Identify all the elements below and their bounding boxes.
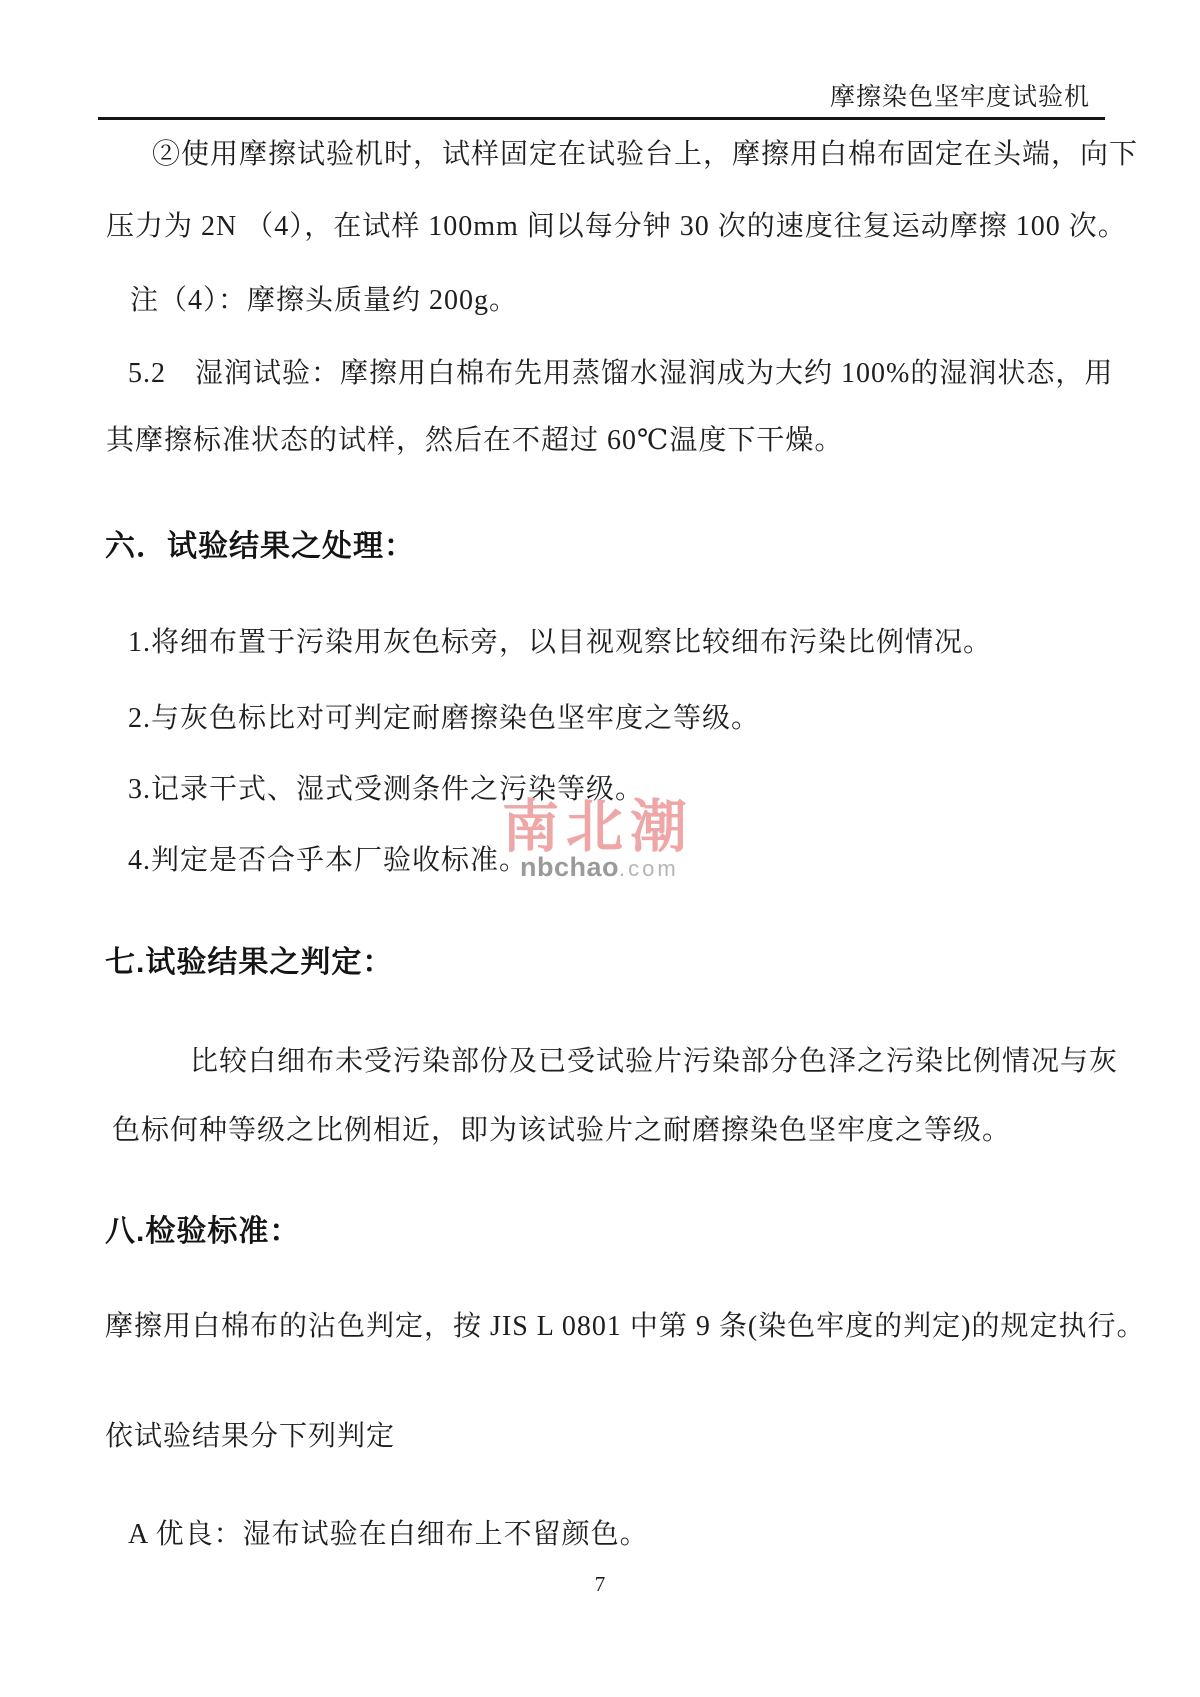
paragraph8-line1: 摩擦用白棉布的沾色判定，按 JIS L 0801 中第 9 条(染色牢度的判定)…	[105, 1311, 1146, 1343]
paragraph8-line2: 依试验结果分下列判定	[105, 1421, 395, 1453]
section-7-heading: 七.试验结果之判定：	[105, 946, 393, 981]
paragraph7-line1: 比较白细布未受污染部份及已受试验片污染部分色泽之污染比例情况与灰	[190, 1046, 1118, 1078]
header-rule	[98, 117, 1105, 120]
watermark-brand-text: 南北潮	[502, 798, 694, 858]
watermark-domain-tld: .com	[619, 856, 679, 881]
list-item-1: 1.将细布置于污染用灰色标旁，以目视观察比较细布污染比例情况。	[128, 627, 992, 659]
running-header-title: 摩擦染色坚牢度试验机	[830, 84, 1090, 113]
section-5-2-line1: 5.2 湿润试验：摩擦用白棉布先用蒸馏水湿润成为大约 100%的湿润状态，用	[128, 358, 1113, 390]
grade-a-line: A 优良：湿布试验在白细布上不留颜色。	[128, 1519, 649, 1551]
paragraph1-line2: 压力为 2N （4），在试样 100mm 间以每分钟 30 次的速度往复运动摩擦…	[106, 211, 1127, 243]
watermark-domain-name: nbchao	[520, 852, 619, 882]
page-number: 7	[0, 1572, 1200, 1597]
document-page: 摩擦染色坚牢度试验机 ②使用摩擦试验机时，试样固定在试验台上，摩擦用白棉布固定在…	[0, 0, 1200, 1697]
list-item-2: 2.与灰色标比对可判定耐磨擦染色坚牢度之等级。	[128, 703, 760, 735]
section-8-heading: 八.检验标准：	[105, 1215, 300, 1250]
list-item-4: 4.判定是否合乎本厂验收标准。	[128, 845, 528, 877]
section-5-2-line2: 其摩擦标准状态的试样，然后在不超过 60℃温度下干燥。	[106, 425, 843, 457]
paragraph7-line2: 色标何种等级之比例相近，即为该试验片之耐磨擦染色坚牢度之等级。	[112, 1115, 1011, 1147]
watermark-domain: nbchao.com	[520, 854, 679, 881]
paragraph1-line1: ②使用摩擦试验机时，试样固定在试验台上，摩擦用白棉布固定在头端，向下	[152, 139, 1138, 171]
note-line: 注（4）：摩擦头质量约 200g。	[130, 285, 518, 317]
section-6-heading: 六．试验结果之处理：	[105, 530, 415, 565]
